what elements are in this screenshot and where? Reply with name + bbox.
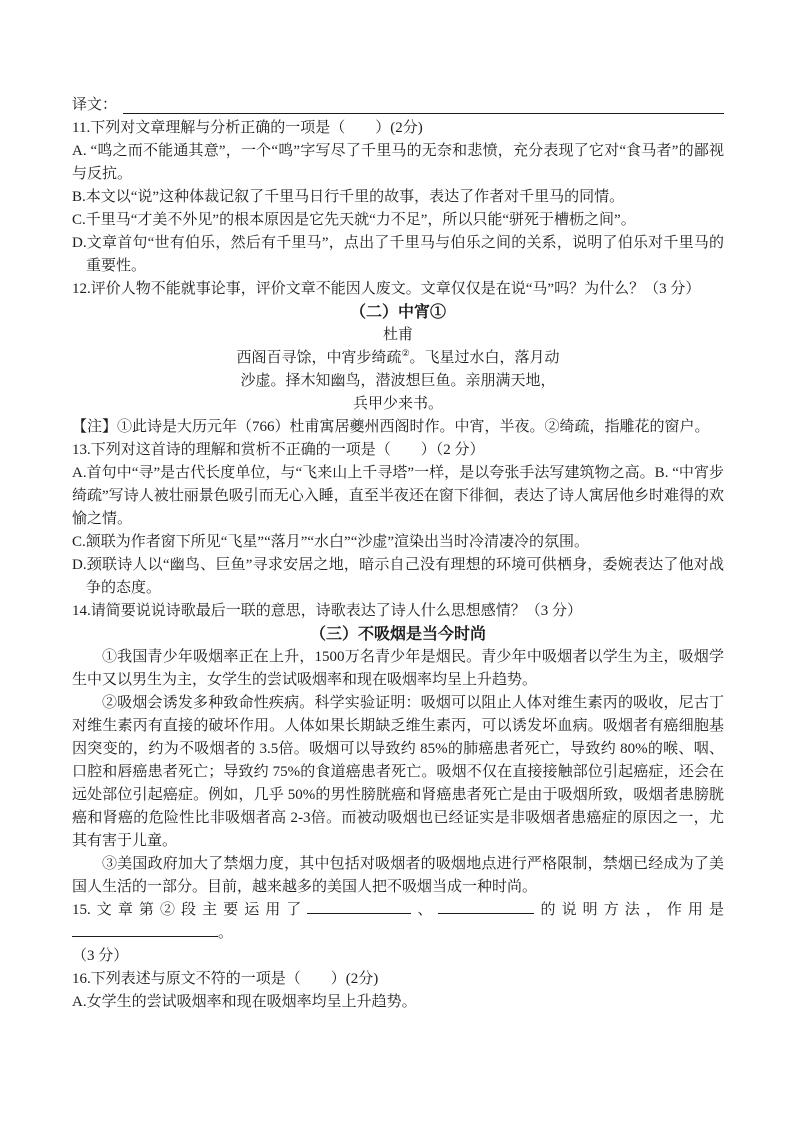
- translation-answer-blank: [123, 113, 724, 114]
- question-11-option-a: A. “鸣之而不能通其意”，一个“鸣”字写尽了千里马的无奈和悲愤，充分表现了它对…: [72, 140, 724, 186]
- question-15-stem: 15.文章第②段主要运用了、的说明方法，作用是。: [72, 899, 724, 945]
- section-3-heading: （三）不吸烟是当今时尚: [72, 623, 724, 646]
- question-13-option-c: C.颔联为作者窗下所见“飞星”“落月”“水白”“沙虚”渲染出当时冷清凄冷的氛围。: [72, 531, 724, 554]
- poem-line-3: 兵甲少来书。: [72, 393, 724, 416]
- question-11-stem: 11.下列对文章理解与分析正确的一项是（ ）(2分): [72, 117, 724, 140]
- question-15-prefix: 15.文章第②段主要运用了: [72, 902, 307, 918]
- poem-author: 杜甫: [72, 324, 724, 347]
- poem-line-2: 沙虚。择木知幽鸟，潜波想巨鱼。亲朋满天地，: [72, 370, 724, 393]
- exam-paper-page: 译文： 11.下列对文章理解与分析正确的一项是（ ）(2分) A. “鸣之而不能…: [0, 0, 794, 1122]
- question-13-option-d: D.颈联诗人以“幽鸟、巨鱼”寻求安居之地，暗示自己没有理想的环境可供栖身，委婉表…: [72, 554, 724, 600]
- poem-line-1: 西阁百寻馀，中宵步绮疏②。飞星过水白，落月动: [72, 347, 724, 370]
- question-15-separator: 、: [411, 902, 438, 918]
- question-15-blank-2: [438, 913, 534, 914]
- question-14-stem: 14.请简要说说诗歌最后一联的意思，诗歌表达了诗人什么思想感情？（3 分）: [72, 600, 724, 623]
- translation-line: 译文：: [72, 94, 724, 117]
- poem-footnote-marker: ②: [401, 348, 409, 358]
- section-2-heading: （二）中宵①: [72, 301, 724, 324]
- translation-label: 译文：: [72, 94, 117, 117]
- poem-line-1-text: 西阁百寻馀，中宵步绮疏: [236, 350, 401, 366]
- essay-paragraph-2: ②吸烟会诱发多种致命性疾病。科学实验证明：吸烟可以阻止人体对维生素丙的吸收，尼古…: [72, 692, 724, 853]
- question-11-option-c: C.千里马“才美不外见”的根本原因是它先天就“力不足”，所以只能“骈死于槽枥之间…: [72, 209, 724, 232]
- question-11-option-d: D.文章首句“世有伯乐，然后有千里马”，点出了千里马与伯乐之间的关系，说明了伯乐…: [72, 232, 724, 278]
- question-15-blank-3: [72, 936, 218, 937]
- question-15-blank-1: [307, 913, 411, 914]
- question-15-end-punctuation: 。: [218, 925, 233, 941]
- poem-note: 【注】①此诗是大历元年（766）杜甫寓居夔州西阁时作。中宵，半夜。②绮疏，指雕花…: [72, 416, 724, 439]
- question-11-option-b: B.本文以“说”这种体裁记叙了千里马日行千里的故事，表达了作者对千里马的同情。: [72, 186, 724, 209]
- question-16-stem: 16.下列表述与原文不符的一项是（ ）(2分): [72, 968, 724, 991]
- question-16-option-a: A.女学生的尝试吸烟率和现在吸烟率均呈上升趋势。: [72, 991, 724, 1014]
- question-15-points: （3 分）: [72, 945, 724, 968]
- question-12-stem: 12.评价人物不能就事论事，评价文章不能因人废文。文章仅仅是在说“马”吗？为什么…: [72, 278, 724, 301]
- poem-line-1-tail: 。飞星过水白，落月动: [410, 350, 560, 366]
- question-15-middle: 的说明方法，作用是: [534, 902, 724, 918]
- essay-paragraph-1: ①我国青少年吸烟率正在上升，1500万名青少年是烟民。青少年中吸烟者以学生为主，…: [72, 646, 724, 692]
- question-13-stem: 13.下列对这首诗的理解和赏析不正确的一项是（ ）（2 分）: [72, 439, 724, 462]
- question-13-options-ab: A.首句中“寻”是古代长度单位，与“飞来山上千寻塔”一样，是以夸张手法写建筑物之…: [72, 462, 724, 531]
- essay-paragraph-3: ③美国政府加大了禁烟力度，其中包括对吸烟者的吸烟地点进行严格限制，禁烟已经成为了…: [72, 853, 724, 899]
